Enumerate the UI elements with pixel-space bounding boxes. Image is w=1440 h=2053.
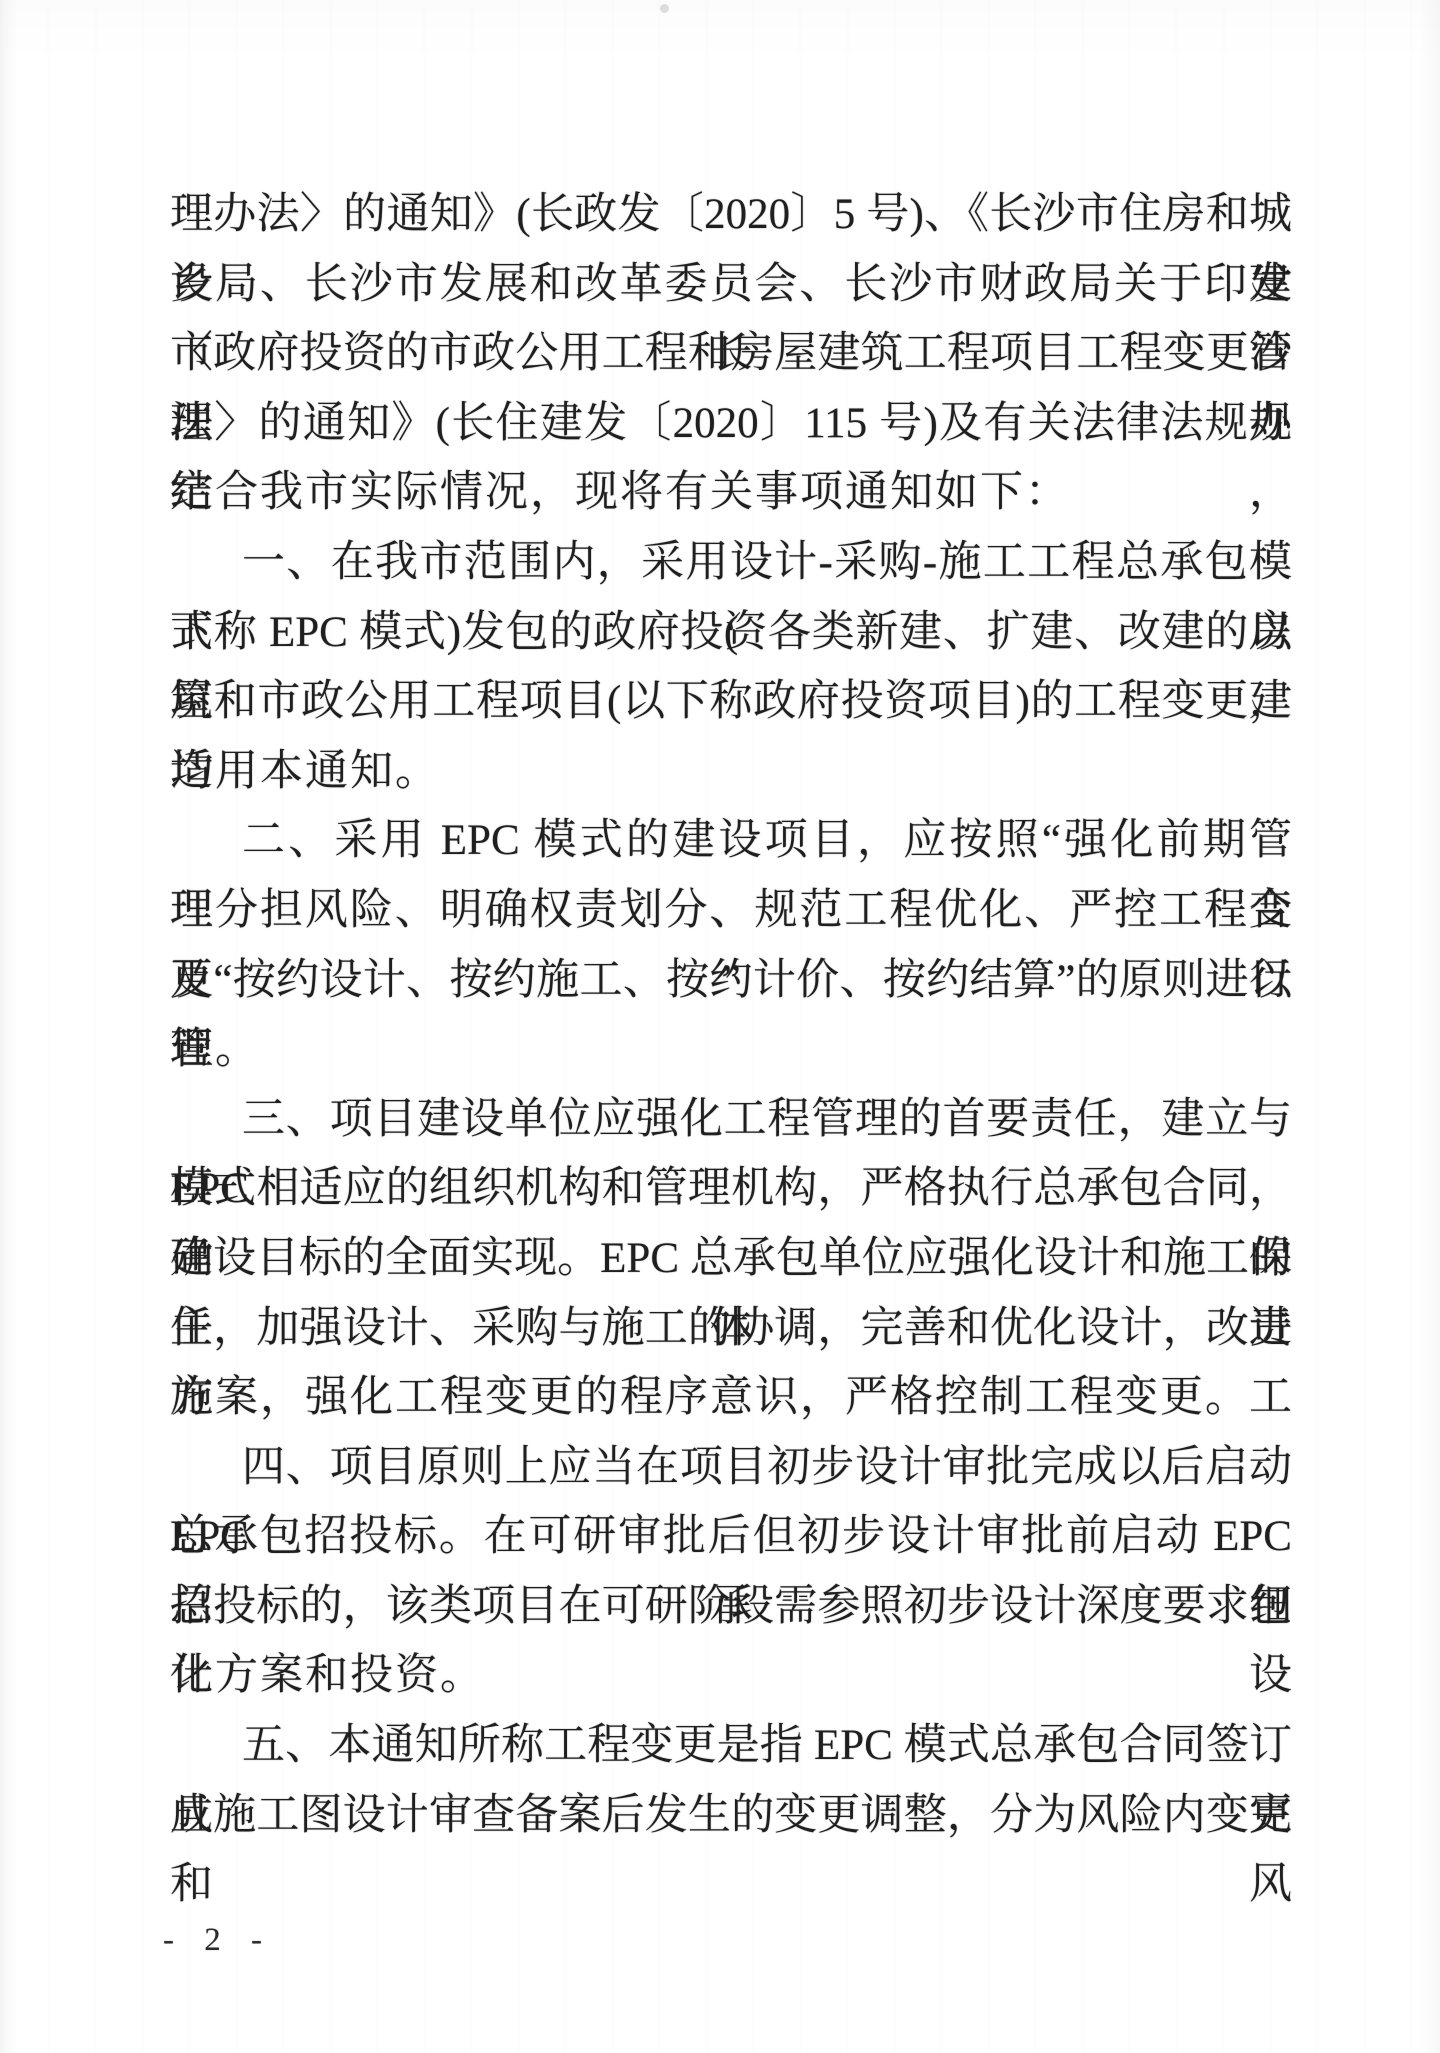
text-line: 任，加强设计、采购与施工的协调，完善和优化设计，改进施工 — [170, 1294, 1292, 1364]
text-line: 模式相适应的组织机构和管理机构，严格执行总承包合同，确保 — [170, 1154, 1292, 1224]
text-line: 建设目标的全面实现。EPC 总承包单位应强化设计和施工的主体责 — [170, 1224, 1292, 1294]
text-line: 三、项目建设单位应强化工程管理的首要责任，建立与 EPC — [170, 1085, 1292, 1155]
text-line: 五、本通知所称工程变更是指 EPC 模式总承包合同签订且完 — [170, 1711, 1292, 1781]
text-line: 方案，强化工程变更的程序意识，严格控制工程变更。 — [170, 1363, 1292, 1433]
text-line: 招投标的，该类项目在可研阶段需参照初步设计深度要求细化设 — [170, 1572, 1292, 1642]
text-line: 成施工图设计审查备案后发生的变更调整，分为风险内变更和风 — [170, 1781, 1292, 1851]
text-line: 设局、长沙市发展和改革委员会、长沙市财政局关于印发〈长沙 — [170, 250, 1292, 320]
text-line: 四、项目原则上应当在项目初步设计审批完成以后启动 EPC — [170, 1433, 1292, 1503]
text-line: 理分担风险、明确权责划分、规范工程优化、严控工程变更”以 — [170, 876, 1292, 946]
text-line: 法〉的通知》(长住建发〔2020〕115 号)及有关法律法规规定， — [170, 389, 1292, 459]
text-line: 及“按约设计、按约施工、按约计价、按约结算”的原则进行管 — [170, 946, 1292, 1016]
text-line: 二、采用 EPC 模式的建设项目，应按照“强化前期管理、合 — [170, 806, 1292, 876]
text-line: 下称 EPC 模式)发包的政府投资各类新建、扩建、改建的房屋建 — [170, 598, 1292, 668]
page-number: - 2 - — [163, 1922, 273, 1959]
document-body: 理办法〉的通知》(长政发〔2020〕5 号)、《长沙市住房和城乡建 设局、长沙市… — [170, 180, 1292, 1850]
text-line: 筑和市政公用工程项目(以下称政府投资项目)的工程变更，均 — [170, 667, 1292, 737]
text-line: 适用本通知。 — [170, 737, 1292, 807]
text-line: 理。 — [170, 1015, 1292, 1085]
text-line: 一、在我市范围内，采用设计-采购-施工工程总承包模式(以 — [170, 528, 1292, 598]
text-line: 市政府投资的市政公用工程和房屋建筑工程项目工程变更管理办 — [170, 319, 1292, 389]
text-line: 理办法〉的通知》(长政发〔2020〕5 号)、《长沙市住房和城乡建 — [170, 180, 1292, 250]
text-line: 总承包招投标。在可研审批后但初步设计审批前启动 EPC 总承包 — [170, 1502, 1292, 1572]
scan-speck — [660, 4, 669, 13]
